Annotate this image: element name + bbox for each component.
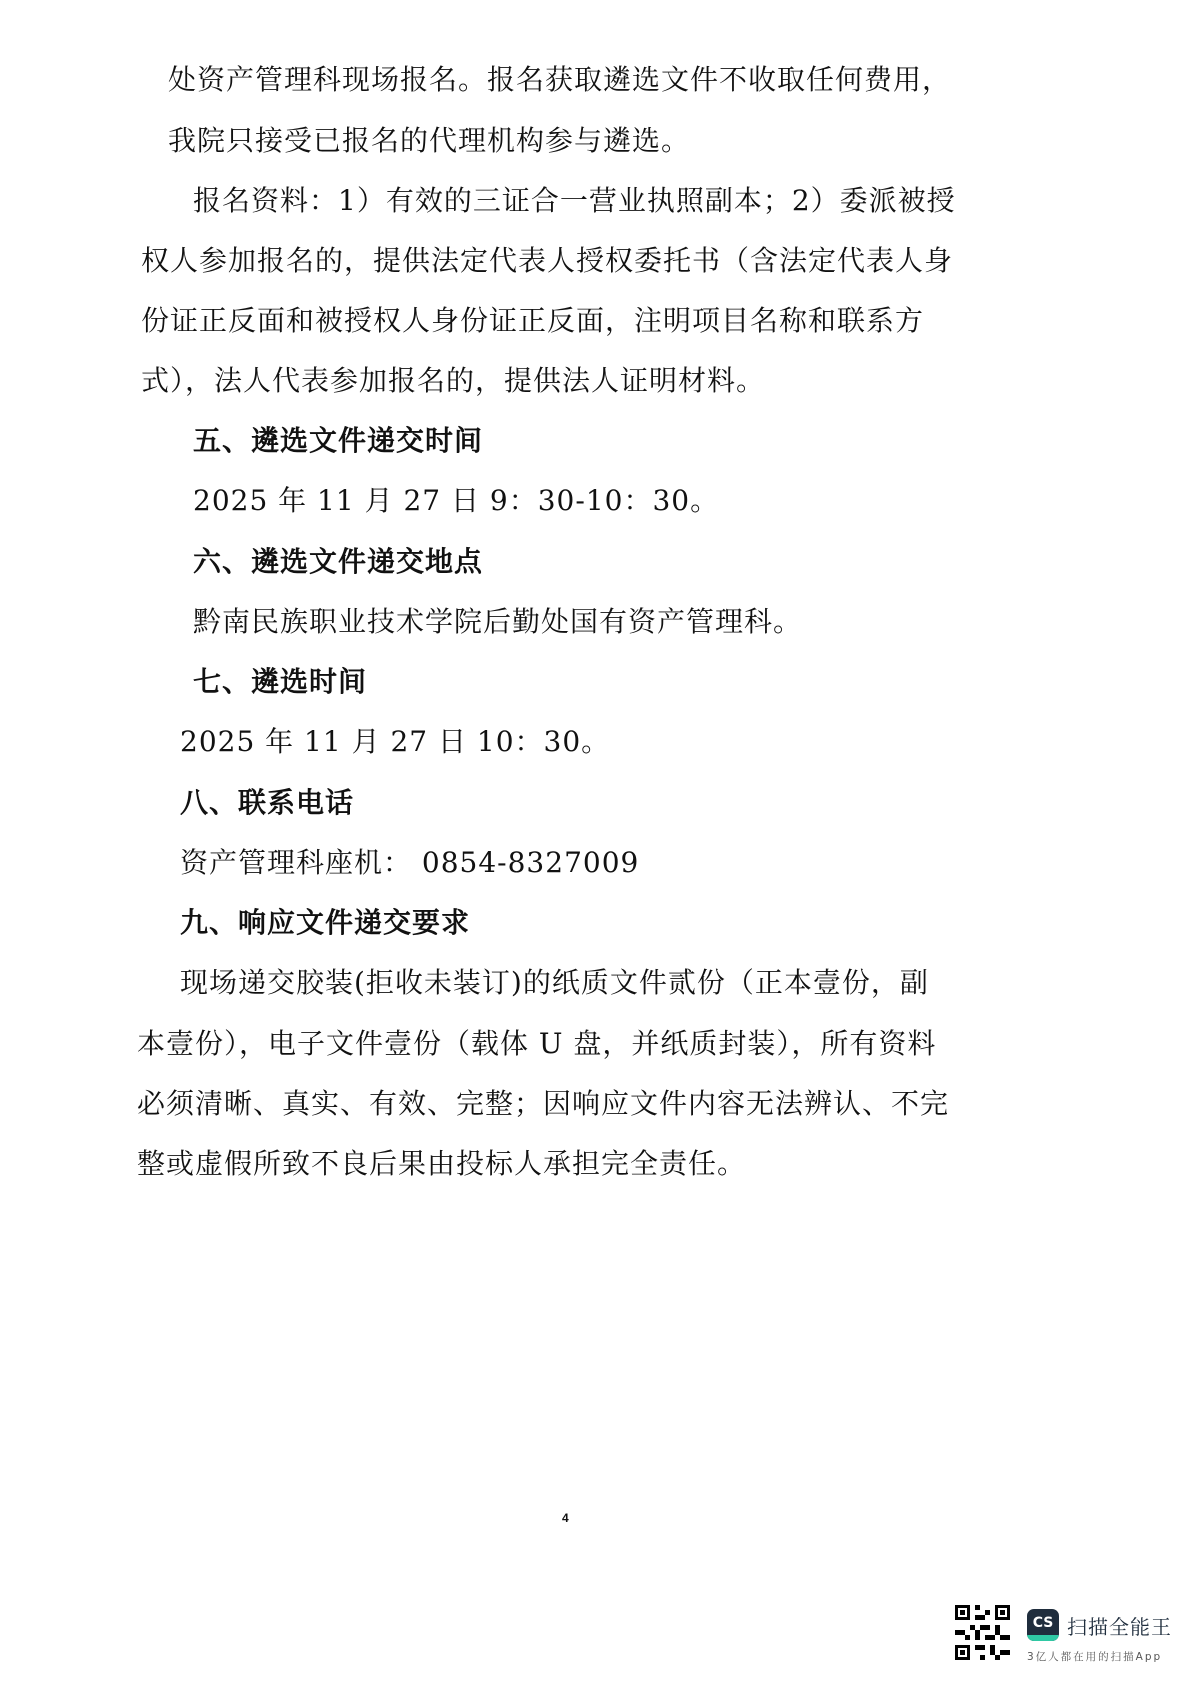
paragraph-line: 我院只接受已报名的代理机构参与遴选。 [168, 124, 690, 158]
paragraph-line: 式），法人代表参加报名的，提供法人证明材料。 [141, 364, 765, 398]
selection-time-value: 2025 年 11 月 27 日 10：30。 [180, 725, 610, 759]
submission-location-value: 黔南民族职业技术学院后勤处国有资产管理科。 [193, 605, 802, 639]
scanner-watermark: CS 扫描全能王 3亿人都在用的扫描App [955, 1605, 1185, 1675]
app-name: 扫描全能王 [1067, 1611, 1172, 1640]
paragraph-line: 整或虚假所致不良后果由投标人承担完全责任。 [137, 1147, 746, 1181]
contact-phone-value: 资产管理科座机： 0854-8327009 [180, 846, 639, 880]
submission-time-value: 2025 年 11 月 27 日 9：30-10：30。 [193, 484, 719, 518]
paragraph-line: 报名资料：1）有效的三证合一营业执照副本；2）委派被授 [193, 184, 956, 218]
paragraph-line: 处资产管理科现场报名。报名获取遴选文件不收取任何费用， [168, 63, 951, 97]
paragraph-line: 现场递交胶装(拒收未装订)的纸质文件贰份（正本壹份，副 [180, 966, 929, 1000]
section-heading-submission-location: 六、遴选文件递交地点 [193, 545, 483, 579]
paragraph-line: 本壹份），电子文件壹份（载体 U 盘，并纸质封装），所有资料 [137, 1027, 936, 1061]
qr-code-icon [955, 1605, 1010, 1660]
page-number: 4 [562, 1511, 569, 1525]
paragraph-line: 必须清晰、真实、有效、完整；因响应文件内容无法辨认、不完 [137, 1087, 949, 1121]
section-heading-submission-time: 五、遴选文件递交时间 [193, 424, 483, 458]
paragraph-line: 权人参加报名的，提供法定代表人授权委托书（含法定代表人身 [141, 244, 953, 278]
section-heading-selection-time: 七、遴选时间 [193, 665, 367, 699]
camscanner-logo-icon: CS [1027, 1609, 1059, 1641]
section-heading-response-requirements: 九、响应文件递交要求 [180, 906, 470, 940]
paragraph-line: 份证正反面和被授权人身份证正反面，注明项目名称和联系方 [141, 304, 924, 338]
app-tagline: 3亿人都在用的扫描App [1027, 1649, 1162, 1664]
section-heading-contact-phone: 八、联系电话 [180, 786, 354, 820]
